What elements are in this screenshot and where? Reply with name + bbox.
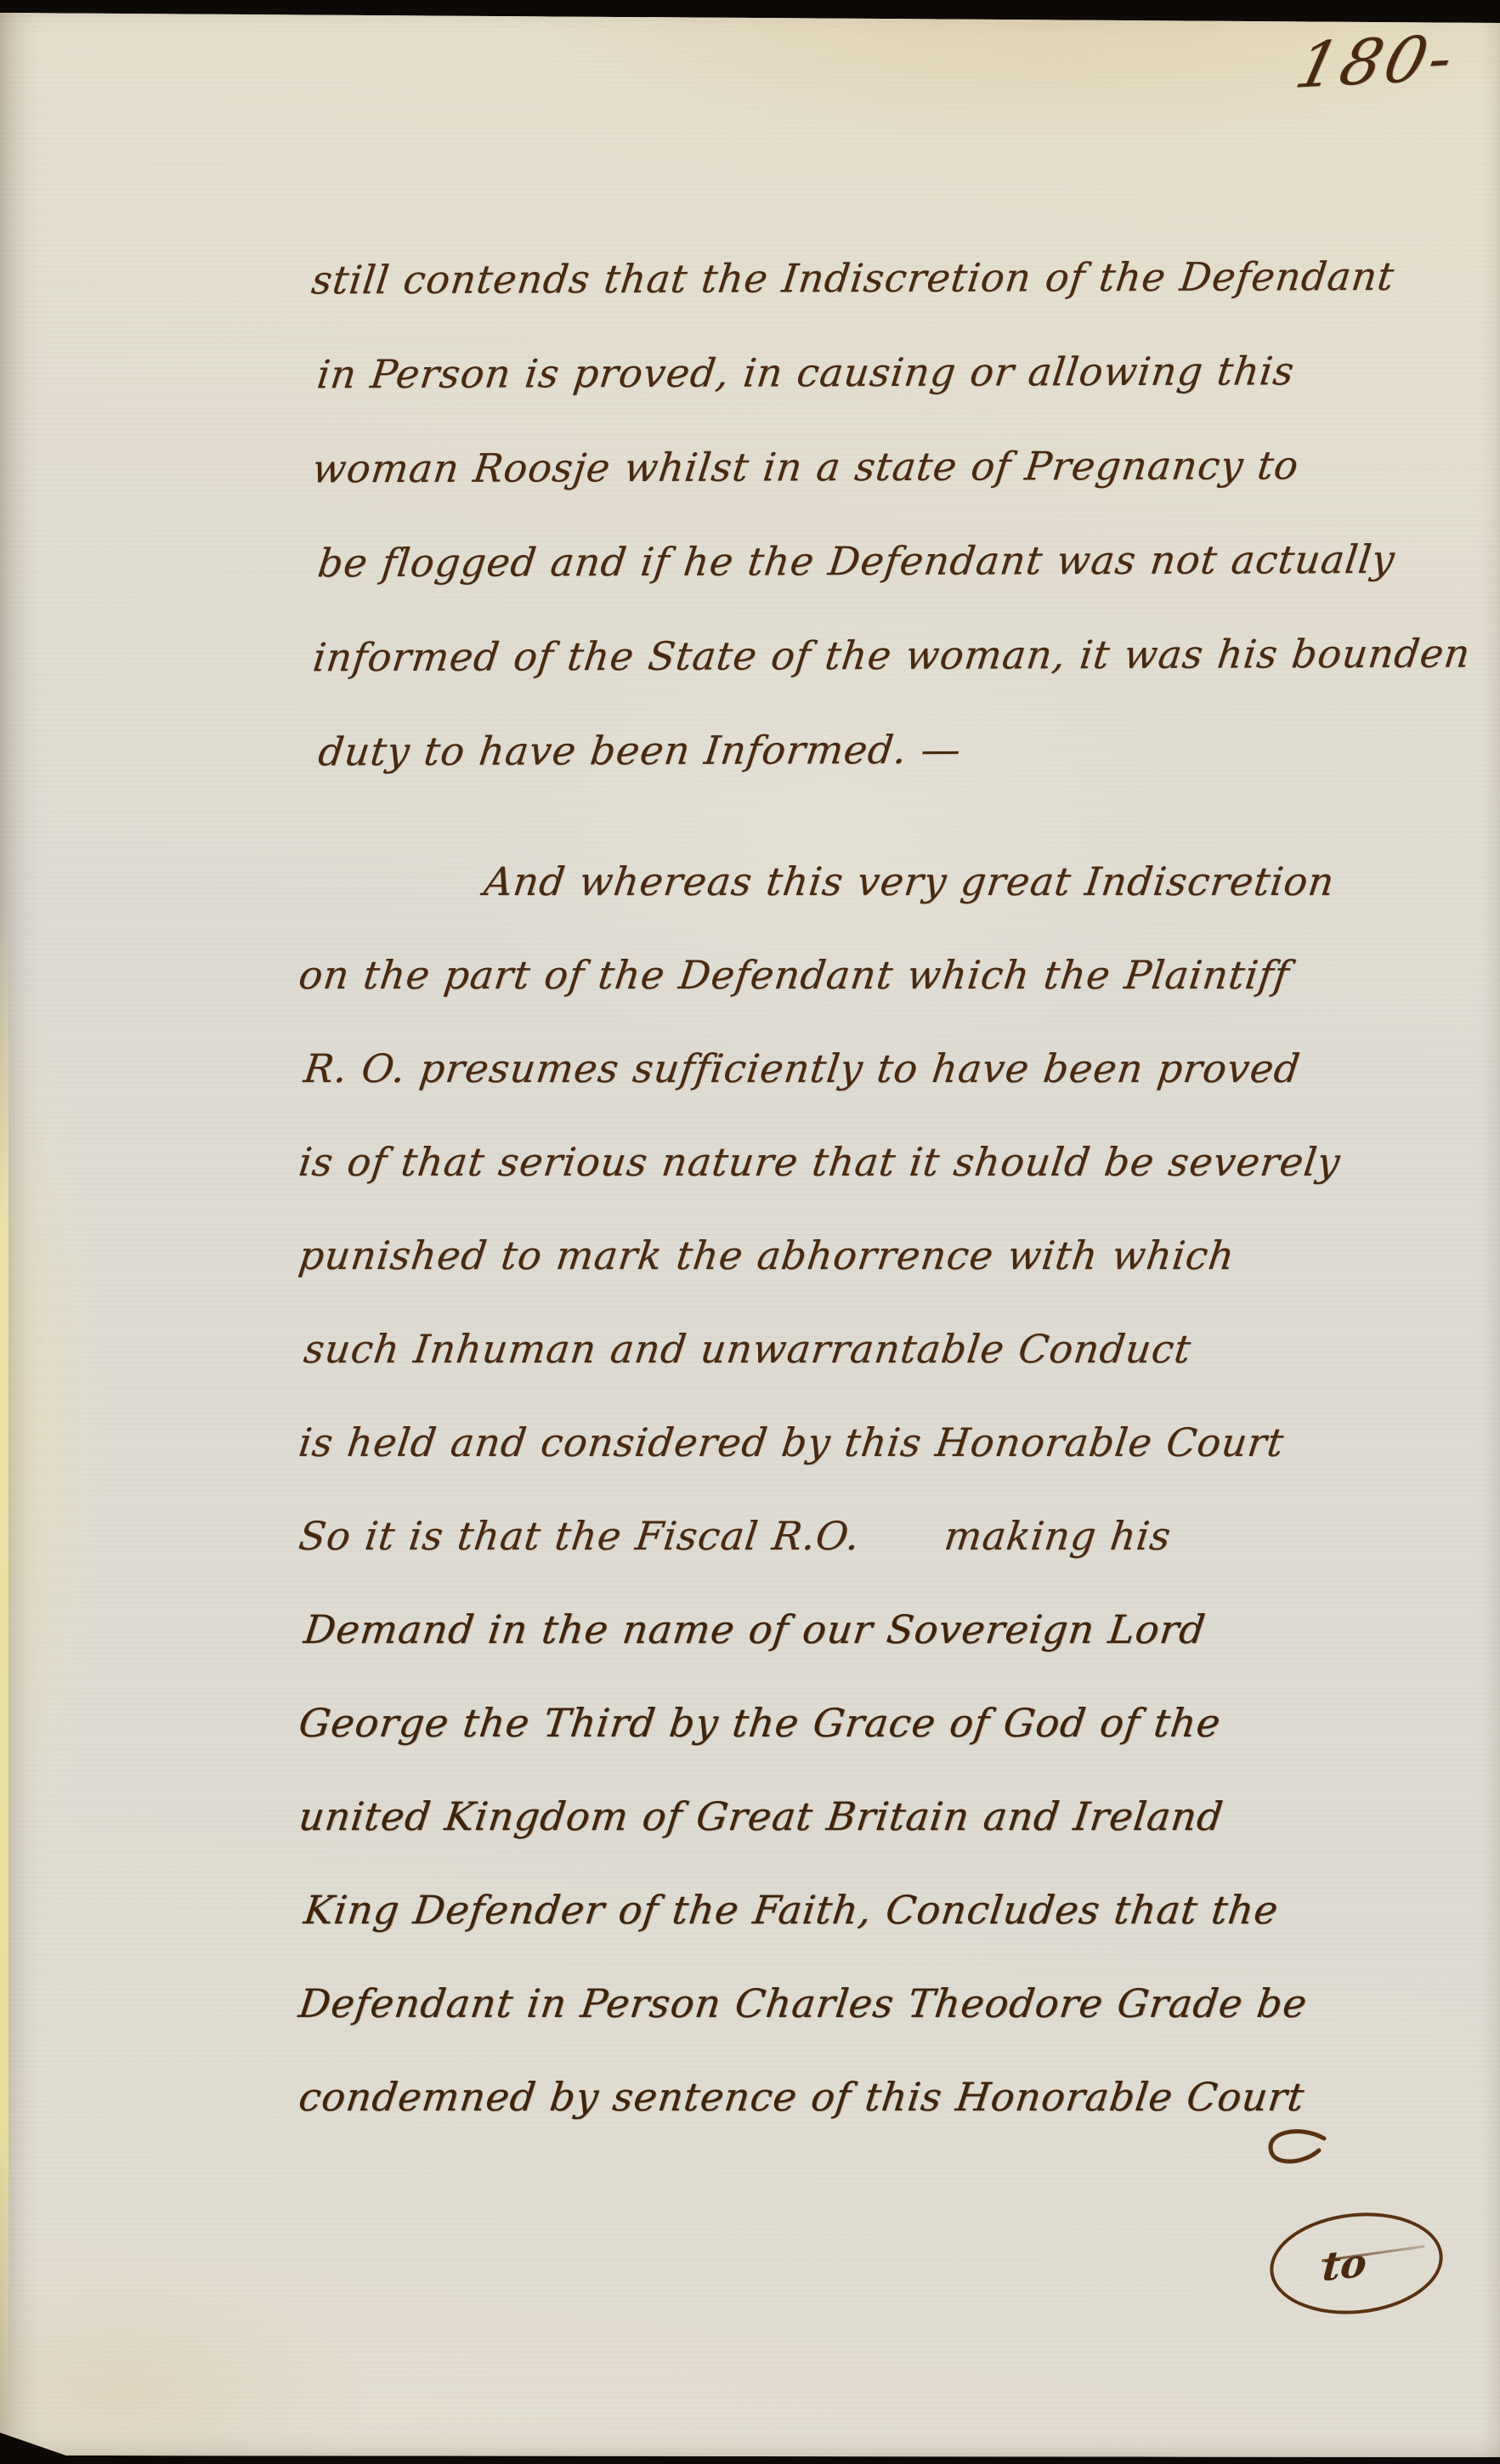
page-number: 180- — [1289, 21, 1463, 102]
manuscript-line: informed of the State of the woman, it w… — [308, 607, 1462, 705]
manuscript-line: is of that serious nature that it should… — [293, 1115, 1465, 1209]
manuscript-line: still contends that the Indiscretion of … — [306, 229, 1460, 328]
manuscript-line: And whereas this very great Indiscretion — [293, 835, 1465, 928]
manuscript-line: united Kingdom of Great Britain and Irel… — [293, 1770, 1465, 1863]
catchword: to — [1321, 2239, 1367, 2290]
paragraph-1: still contends that the Indiscretion of … — [312, 229, 1457, 800]
manuscript-scan: 180- still contends that the Indiscretio… — [0, 0, 1500, 2464]
manuscript-line: R. O. presumes sufficiently to have been… — [298, 1022, 1465, 1115]
manuscript-line: Defendant in Person Charles Theodore Gra… — [293, 1957, 1465, 2050]
manuscript-line: on the part of the Defendant which the P… — [293, 928, 1465, 1022]
catchword-oval: to — [1265, 2205, 1447, 2323]
manuscript-line: duty to have been Informed. — — [313, 701, 1462, 800]
manuscript-line: woman Roosje whilst in a state of Pregna… — [307, 418, 1461, 517]
manuscript-line: such Inhuman and unwarrantable Conduct — [298, 1302, 1465, 1396]
manuscript-page: 180- still contends that the Indiscretio… — [0, 0, 1500, 2464]
manuscript-line: punished to mark the abhorrence with whi… — [293, 1209, 1465, 1302]
manuscript-line: So it is that the Fiscal R.O. making his — [293, 1489, 1465, 1583]
page-edge-sliver — [0, 901, 8, 2456]
manuscript-line: be flogged and if he the Defendant was n… — [313, 513, 1462, 611]
pen-flourish-icon — [1224, 2123, 1411, 2217]
manuscript-line: is held and considered by this Honorable… — [293, 1396, 1465, 1489]
manuscript-line: King Defender of the Faith, Concludes th… — [298, 1863, 1465, 1957]
manuscript-line: in Person is proved, in causing or allow… — [312, 324, 1461, 422]
paragraph-2: And whereas this very great Indiscretion… — [299, 835, 1459, 2144]
manuscript-line: George the Third by the Grace of God of … — [293, 1676, 1465, 1770]
manuscript-line: Demand in the name of our Sovereign Lord — [298, 1583, 1465, 1676]
